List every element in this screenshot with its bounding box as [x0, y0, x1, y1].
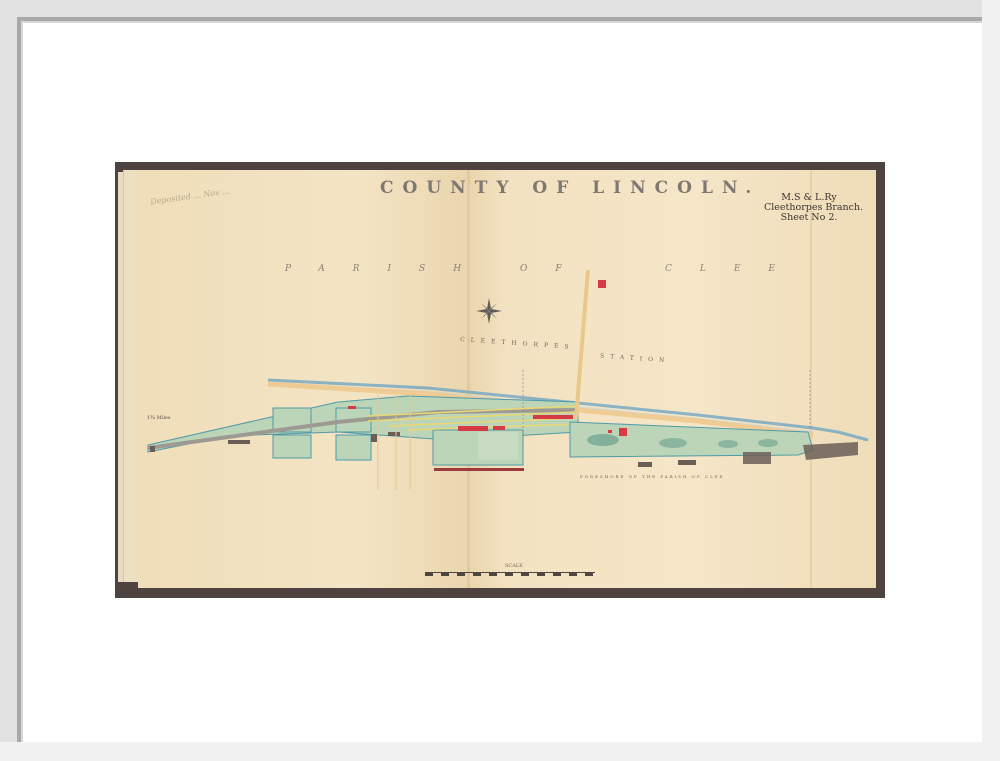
scale-label: SCALE	[505, 563, 523, 569]
parish-label-word1: PARISH	[285, 264, 489, 274]
compass-rose-icon	[476, 298, 502, 324]
railway-plan-drawing	[138, 170, 876, 588]
sheet-label-number: Sheet No 2.	[764, 213, 854, 223]
frame-bottom-edge	[0, 742, 1000, 761]
scale-bar	[425, 572, 595, 576]
map-title: COUNTY OF LINCOLN.	[380, 178, 760, 198]
parish-label-word2: OF	[520, 264, 590, 274]
mileage-label: 1¾ Miles	[147, 415, 170, 421]
parish-label-word3: CLEE	[665, 264, 803, 274]
sheet-label: M.S & L.Ry Cleethorpes Branch. Sheet No …	[764, 193, 854, 223]
foreshore-label: FORESHORE OF THE PARISH OF CLEE	[580, 474, 725, 479]
frame-right-edge	[982, 0, 1000, 761]
